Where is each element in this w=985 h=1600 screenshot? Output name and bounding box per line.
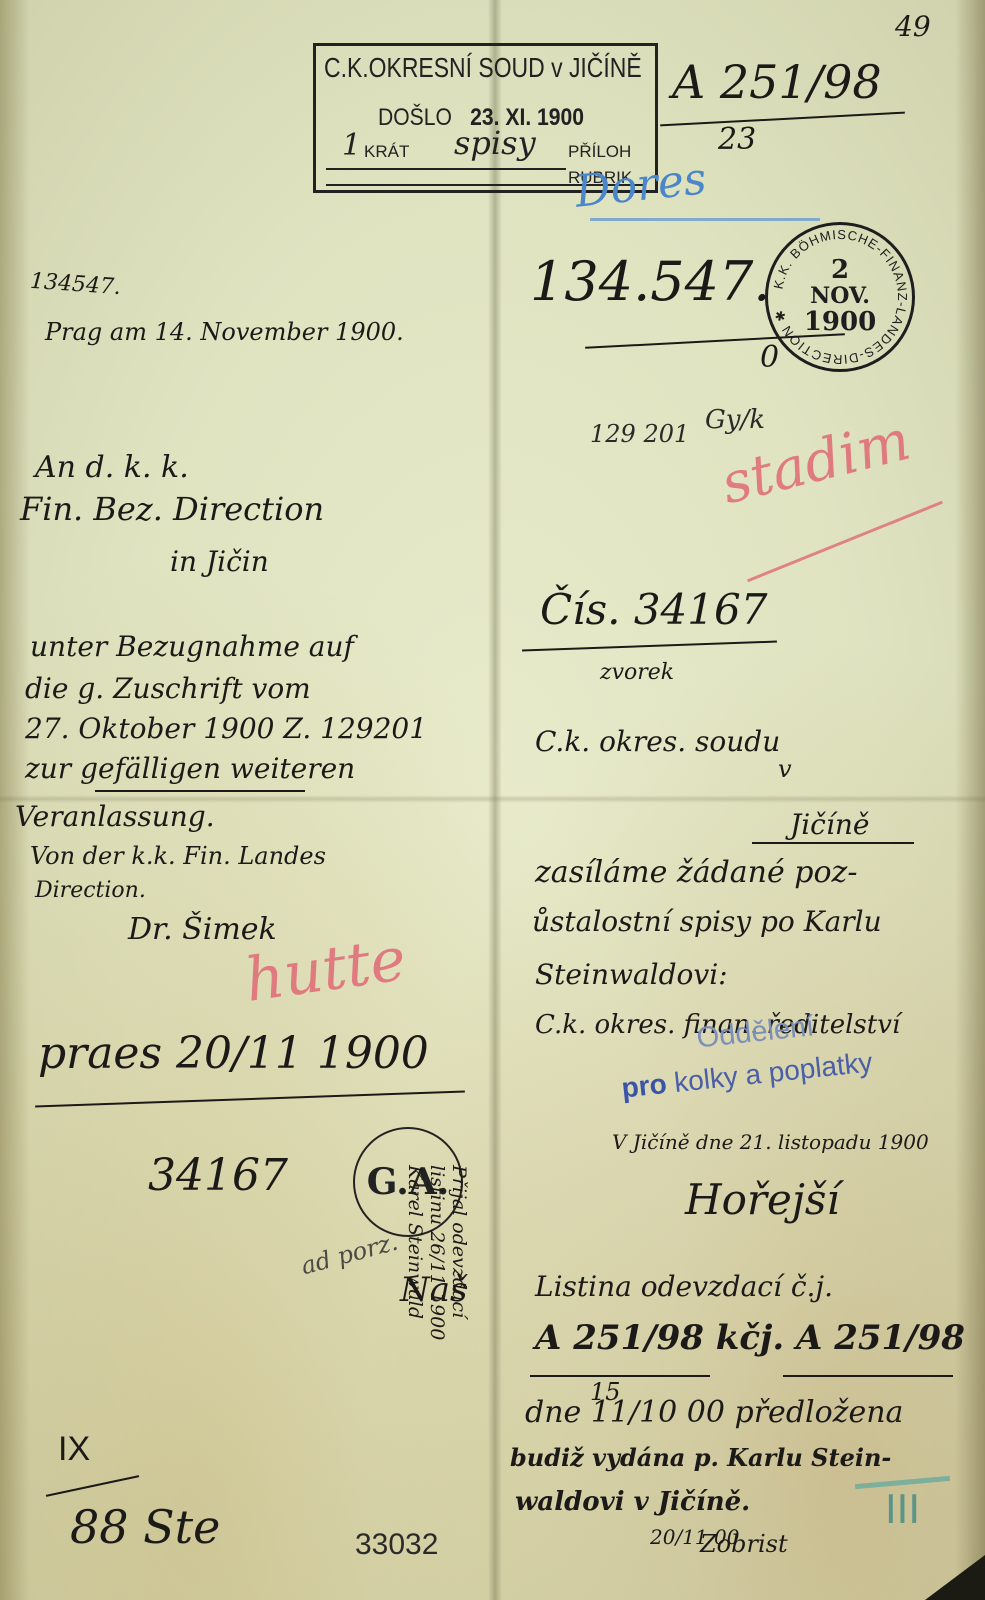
right-place-date: V Jičíně dne 21. listopadu 1900 bbox=[612, 1130, 929, 1154]
blue-pencil-rule bbox=[590, 218, 820, 221]
cs-number-underline bbox=[522, 641, 777, 652]
court-stamp-attachments-label: PŘÍLOH bbox=[568, 142, 631, 162]
left-number: 34167 bbox=[148, 1150, 288, 1201]
case-number: A 251/98 bbox=[672, 55, 882, 109]
closing-line: budiž vydána p. Karlu Stein- bbox=[510, 1443, 891, 1472]
praes-date: praes 20/11 1900 bbox=[38, 1028, 429, 1079]
page-number: 49 bbox=[895, 10, 931, 43]
blue-mark-numeral: III bbox=[885, 1485, 920, 1533]
department-stamp-line2: pro kolky a poplatky bbox=[620, 1046, 874, 1104]
stamp-month: NOV. bbox=[768, 283, 912, 309]
court-stamp-count: 1 bbox=[342, 128, 361, 163]
document-page: C.K.OKRESNÍ SOUD v JIČÍNĚ DOŠLO 23. XI. … bbox=[0, 0, 985, 1600]
left-addressee-2: Fin. Bez. Direction bbox=[20, 490, 324, 528]
cs-number: Čís. 34167 bbox=[540, 585, 767, 634]
closing-case-underline bbox=[530, 1375, 710, 1377]
closing-line: Listina odevzdací č.j. bbox=[535, 1270, 833, 1303]
closing-signature: Zobrist bbox=[700, 1530, 788, 1558]
left-body-line: Veranlassung. bbox=[15, 800, 215, 833]
right-addressee-underline bbox=[752, 842, 914, 844]
right-body-line: Steinwaldovi: bbox=[535, 958, 728, 991]
right-body-line: ůstalostní spisy po Karlu bbox=[532, 905, 882, 938]
left-addressee-1: An d. k. k. bbox=[35, 450, 189, 485]
court-stamp-item: spisy bbox=[454, 124, 536, 162]
closing-line: dne 11/10 00 předložena bbox=[525, 1395, 903, 1430]
case-number-rule bbox=[660, 112, 905, 127]
bottom-roman-numeral: IX bbox=[58, 1430, 90, 1469]
right-ref-suffix: 0 bbox=[760, 340, 779, 375]
praes-underline bbox=[35, 1090, 465, 1107]
closing-line: waldovi v Jičíně. bbox=[515, 1487, 750, 1517]
court-stamp-title: C.K.OKRESNÍ SOUD v JIČÍNĚ bbox=[324, 52, 642, 84]
left-body-line: Direction. bbox=[35, 878, 146, 903]
left-body-line: die g. Zuschrift vom bbox=[25, 672, 311, 705]
red-pencil-stroke bbox=[747, 501, 943, 582]
right-addressee-3: Jičíně bbox=[790, 808, 869, 841]
finance-direction-stamp: K.K. BÖHMISCHE-FINANZ-LANDES-DIRECTION ✱… bbox=[765, 222, 915, 372]
vertical-receipt-note: Přijal odevzdací listinu 26/11 1900 Kare… bbox=[404, 1165, 470, 1340]
left-body-line: zur gefälligen weiteren bbox=[25, 752, 355, 785]
right-subject: zvorek bbox=[600, 660, 674, 685]
right-addressee-2: v bbox=[778, 755, 792, 783]
right-ref-number: 134.547. bbox=[530, 250, 770, 313]
case-sub-number: 23 bbox=[718, 122, 756, 157]
left-body-underline bbox=[95, 790, 305, 792]
bottom-archive-number: 33032 bbox=[355, 1528, 438, 1562]
left-body-line: Von der k.k. Fin. Landes bbox=[30, 842, 326, 870]
left-addressee-3: in Jičin bbox=[170, 545, 269, 578]
previous-number: 129 201 bbox=[590, 420, 689, 448]
left-body-line: unter Bezugnahme auf bbox=[30, 630, 354, 663]
bottom-code: 88 Ste bbox=[70, 1500, 220, 1554]
right-signature: Hořejší bbox=[685, 1175, 840, 1224]
left-ref-number: 134547. bbox=[29, 269, 122, 300]
right-body-line: zasíláme žádané poz- bbox=[535, 855, 858, 890]
bottom-fraction-line bbox=[46, 1475, 139, 1497]
previous-suffix: Gy/k bbox=[705, 405, 765, 435]
left-signature: Dr. Šimek bbox=[128, 912, 277, 947]
pencil-note: ad porz. bbox=[298, 1228, 401, 1281]
right-addressee-1: C.k. okres. soudu bbox=[535, 725, 780, 758]
left-body-line: 27. Oktober 1900 Z. 129201 bbox=[25, 712, 427, 745]
closing-line: A 251/98 kčj. A 251/98 bbox=[535, 1318, 965, 1358]
closing-case-underline bbox=[783, 1375, 953, 1377]
court-stamp-rule bbox=[326, 168, 566, 170]
stamp-day: 2 bbox=[768, 255, 912, 285]
court-stamp-times-label: KRÁT bbox=[364, 142, 409, 162]
left-place-date: Prag am 14. November 1900. bbox=[45, 318, 404, 346]
